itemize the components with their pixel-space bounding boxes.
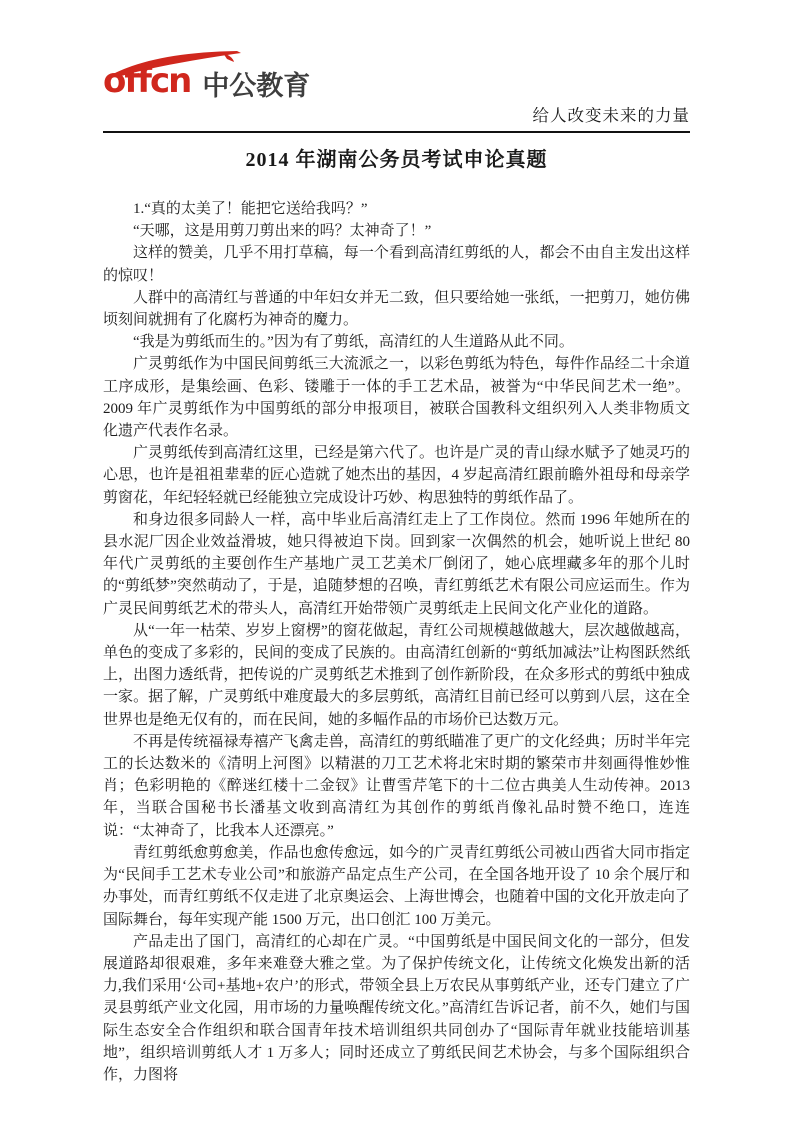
document-page: offcn中公教育 给人改变未来的力量 2014 年湖南公务员考试申论真题 1.… bbox=[0, 0, 793, 1122]
header: offcn中公教育 bbox=[103, 56, 690, 106]
paragraph: 这样的赞美，几乎不用打草稿，每一个看到高清红剪纸的人，都会不由自主发出这样的惊叹… bbox=[103, 242, 690, 286]
logo-chinese-text: 中公教育 bbox=[202, 71, 310, 101]
document-body: 1.“真的太美了！能把它送给我吗？” “天哪，这是用剪刀剪出来的吗？太神奇了！”… bbox=[103, 198, 690, 1086]
paragraph: “天哪，这是用剪刀剪出来的吗？太神奇了！” bbox=[103, 220, 690, 242]
offcn-logo: offcn中公教育 bbox=[103, 56, 310, 106]
paragraph: 广灵剪纸作为中国民间剪纸三大流派之一，以彩色剪纸为特色，每件作品经二十余道工序成… bbox=[103, 353, 690, 442]
paragraph: 不再是传统福禄寿禧产飞禽走兽，高清红的剪纸瞄准了更广的文化经典；历时半年完工的长… bbox=[103, 731, 690, 842]
paragraph: 人群中的高清红与普通的中年妇女并无二致，但只要给她一张纸，一把剪刀，她仿佛顷刻间… bbox=[103, 287, 690, 331]
paragraph: 广灵剪纸传到高清红这里，已经是第六代了。也许是广灵的青山绿水赋予了她灵巧的心思，… bbox=[103, 442, 690, 509]
paragraph: 青红剪纸愈剪愈美，作品也愈传愈远，如今的广灵青红剪纸公司被山西省大同市指定为“民… bbox=[103, 842, 690, 931]
paragraph: “我是为剪纸而生的。”因为有了剪纸，高清红的人生道路从此不同。 bbox=[103, 331, 690, 353]
page-title: 2014 年湖南公务员考试申论真题 bbox=[103, 143, 690, 172]
paragraph: 1.“真的太美了！能把它送给我吗？” bbox=[103, 198, 690, 220]
paragraph: 产品走出了国门，高清红的心却在广灵。“中国剪纸是中国民间文化的一部分，但发展道路… bbox=[103, 931, 690, 1086]
paragraph: 和身边很多同龄人一样，高中毕业后高清红走上了工作岗位。然而 1996 年她所在的… bbox=[103, 509, 690, 620]
header-divider bbox=[103, 131, 690, 133]
paragraph: 从“一年一枯荣、岁岁上窗楞”的窗花做起，青红公司规模越做越大，层次越做越高，单色… bbox=[103, 620, 690, 731]
